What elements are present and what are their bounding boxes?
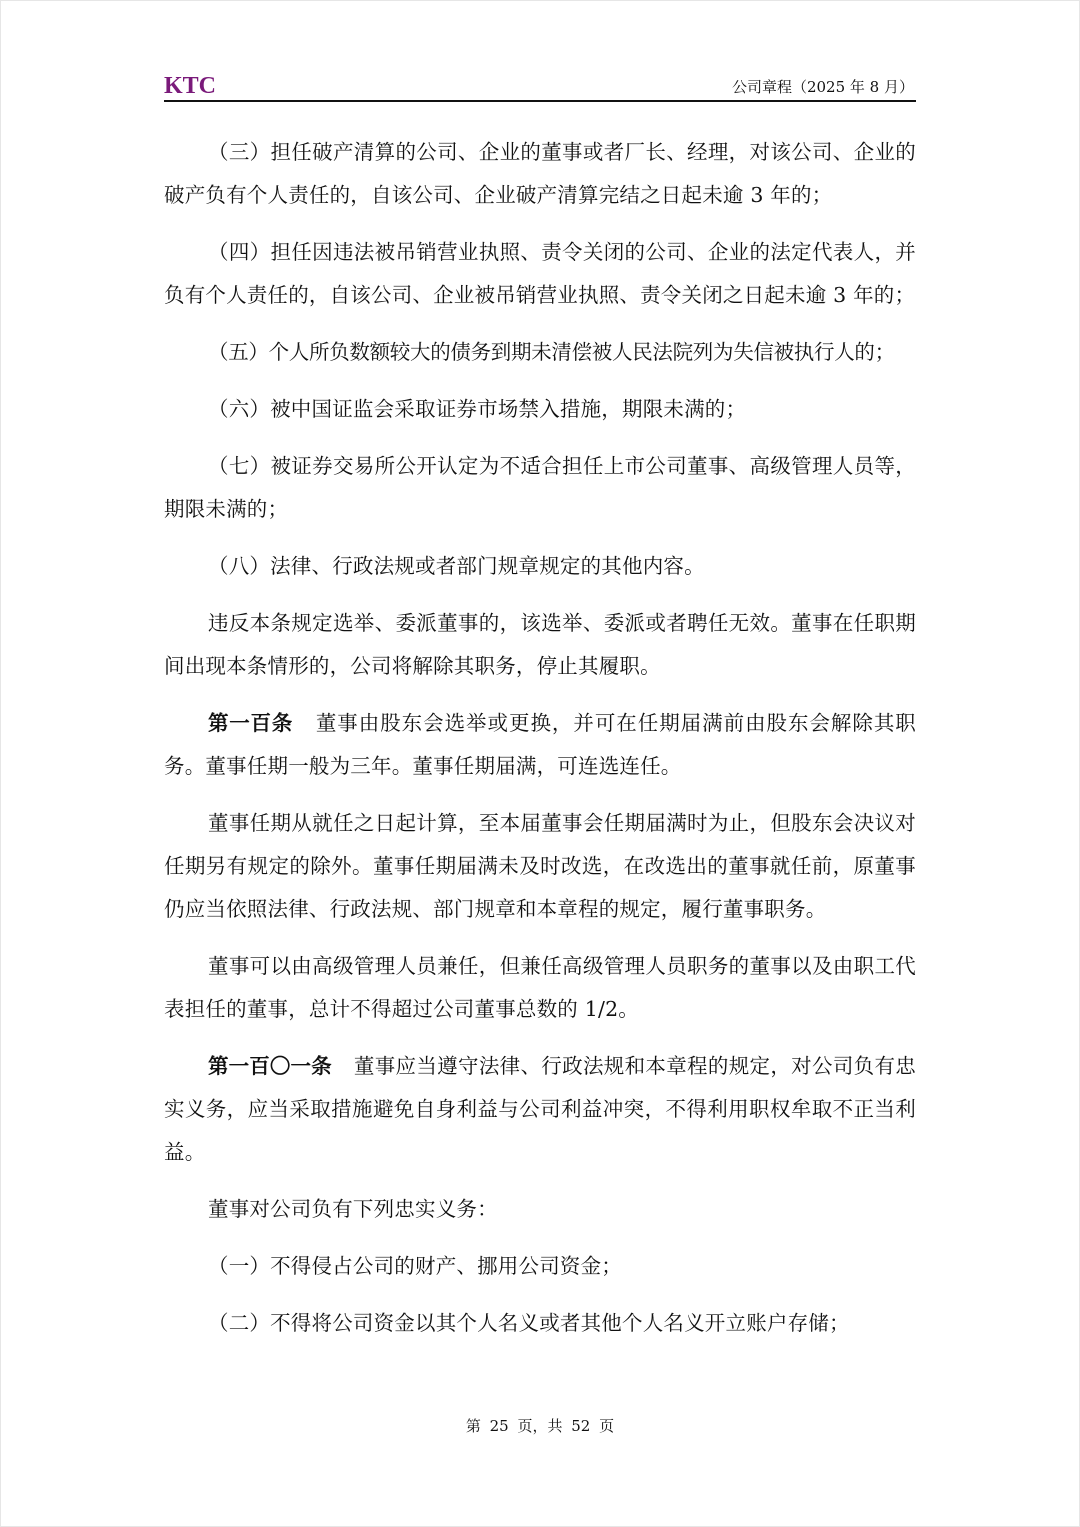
loyalty-item-2: （二）不得将公司资金以其个人名义或者其他个人名义开立账户存储；: [164, 1302, 916, 1345]
document-title: 公司章程（2025 年 8 月）: [732, 78, 914, 96]
clause-item-7: （七）被证券交易所公开认定为不适合担任上市公司董事、高级管理人员等，期限未满的；: [164, 445, 916, 531]
violation-paragraph: 违反本条规定选举、委派董事的，该选举、委派或者聘任无效。董事在任职期间出现本条情…: [164, 602, 916, 688]
loyalty-item-1: （一）不得侵占公司的财产、挪用公司资金；: [164, 1245, 916, 1288]
concurrent-paragraph: 董事可以由高级管理人员兼任，但兼任高级管理人员职务的董事以及由职工代表担任的董事…: [164, 945, 916, 1031]
clause-item-3: （三）担任破产清算的公司、企业的董事或者厂长、经理，对该公司、企业的破产负有个人…: [164, 131, 916, 217]
clause-item-8: （八）法律、行政法规或者部门规章规定的其他内容。: [164, 545, 916, 588]
clause-item-4: （四）担任因违法被吊销营业执照、责令关闭的公司、企业的法定代表人，并负有个人责任…: [164, 231, 916, 317]
document-body: （三）担任破产清算的公司、企业的董事或者厂长、经理，对该公司、企业的破产负有个人…: [164, 131, 916, 1359]
page-number: 第 25 页，共 52 页: [0, 1415, 1080, 1436]
loyalty-intro: 董事对公司负有下列忠实义务：: [164, 1188, 916, 1231]
clause-item-6: （六）被中国证监会采取证券市场禁入措施，期限未满的；: [164, 388, 916, 431]
article-title: 第一百条: [208, 711, 293, 735]
term-paragraph: 董事任期从就任之日起计算，至本届董事会任期届满时为止，但股东会决议对任期另有规定…: [164, 802, 916, 931]
clause-item-5: （五）个人所负数额较大的债务到期未清偿被人民法院列为失信被执行人的；: [164, 331, 916, 374]
article-title: 第一百〇一条: [208, 1054, 332, 1078]
article-100: 第一百条董事由股东会选举或更换，并可在任期届满前由股东会解除其职务。董事任期一般…: [164, 702, 916, 788]
page-header: KTC 公司章程（2025 年 8 月）: [164, 72, 916, 102]
ktc-logo: KTC: [164, 74, 216, 98]
article-101: 第一百〇一条董事应当遵守法律、行政法规和本章程的规定，对公司负有忠实义务，应当采…: [164, 1045, 916, 1174]
